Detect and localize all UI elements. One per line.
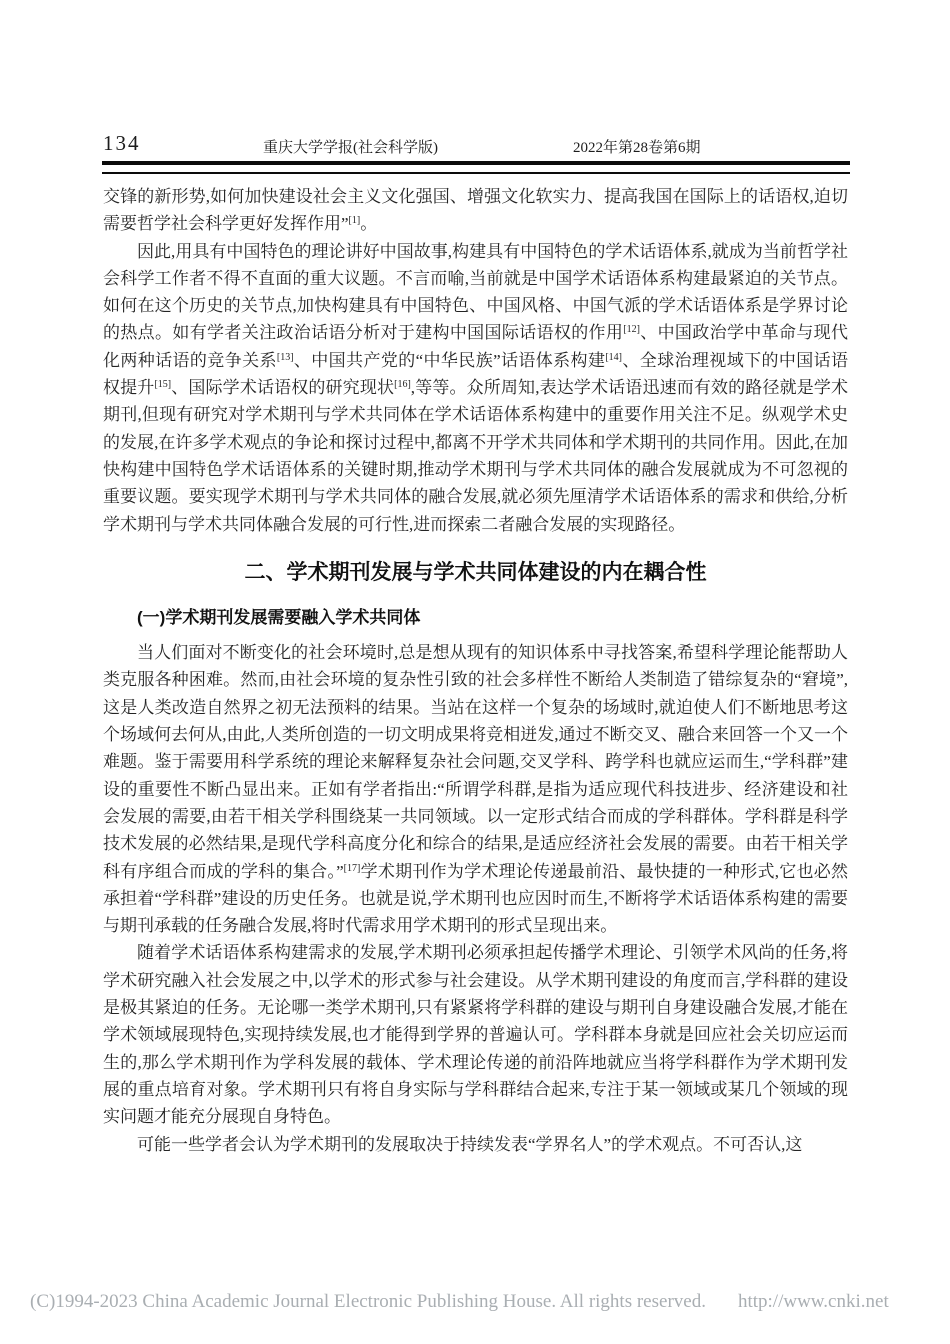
subsection-heading: (一)学术期刊发展需要融入学术共同体 [103,604,848,631]
copyright-text: (C)1994-2023 China Academic Journal Elec… [30,1291,706,1313]
paragraph: 随着学术话语体系构建需求的发展,学术期刊必须承担起传播学术理论、引领学术风尚的任… [103,939,848,1130]
header-rule [102,161,850,174]
paragraph: 因此,用具有中国特色的理论讲好中国故事,构建具有中国特色的学术话语体系,就成为当… [103,238,848,538]
paragraph: 当人们面对不断变化的社会环境时,总是想从现有的知识体系中寻找答案,希望科学理论能… [103,639,848,939]
footer-url: http://www.cnki.net [738,1291,889,1313]
journal-title: 重庆大学学报(社会科学版) [263,136,438,157]
section-heading: 二、学术期刊发展与学术共同体建设的内在耦合性 [103,558,848,588]
issue-info: 2022年第28卷第6期 [573,136,701,157]
page-number: 134 [103,131,141,156]
page-footer: (C)1994-2023 China Academic Journal Elec… [30,1291,920,1313]
article-body: 交锋的新形势,如何加快建设社会主义文化强国、增强文化软实力、提高我国在国际上的话… [103,183,848,1158]
running-head: 134 重庆大学学报(社会科学版) 2022年第28卷第6期 [103,131,848,157]
journal-page-scan: 134 重庆大学学报(社会科学版) 2022年第28卷第6期 交锋的新形势,如何… [0,0,950,1344]
continuation: 交锋的新形势,如何加快建设社会主义文化强国、增强文化软实力、提高我国在国际上的话… [103,183,848,238]
paragraph: 可能一些学者会认为学术期刊的发展取决于持续发表“学界名人”的学术观点。不可否认,… [103,1131,848,1158]
